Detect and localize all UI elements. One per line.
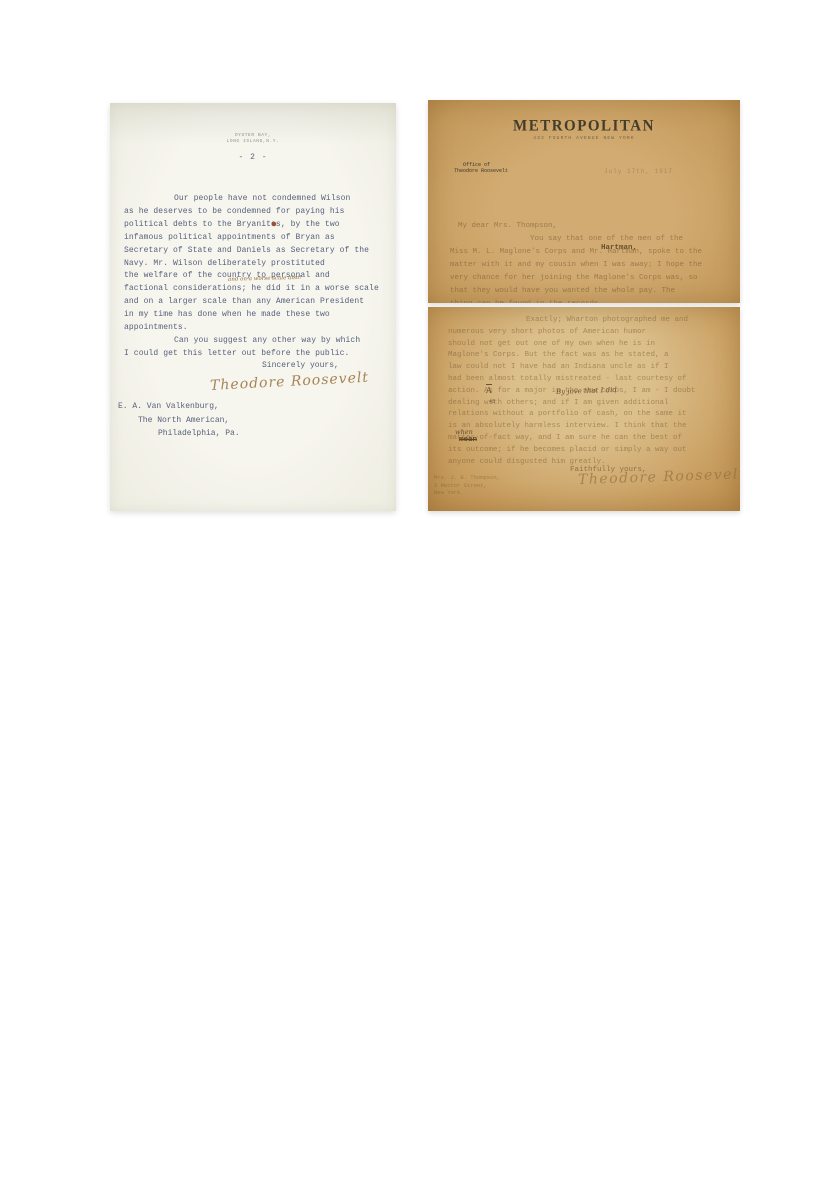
body-line: and on a larger scale than any American … [124,296,384,309]
body-line: Navy. Mr. Wilson deliberately prostitute… [124,258,384,271]
recipient-line: The North American, [118,414,240,428]
body-line: as he deserves to be condemned for payin… [124,206,384,219]
recipient-line: Philadelphia, Pa. [118,427,240,441]
letterhead-line-2: LONG ISLAND,N.Y. [110,139,396,145]
office-of-block: Office of Theodore Roosevelt [454,162,508,174]
faded-line: Miss M. L. Maglone's Corps and Mr. Hartm… [450,246,726,259]
faded-line: should not get out one of my own when he… [448,339,728,351]
body-line: Our people have not condemned Wilson [124,193,384,206]
body-line: Can you suggest any other way by which [124,335,384,348]
faded-line: that they would have you wanted the whol… [450,285,726,298]
faded-line: its outcome; if he becomes placid or sim… [448,445,728,457]
faded-line: Exactly; Wharton photographed me and [448,315,728,327]
caret-word: when [455,428,473,436]
faded-line: My dear Mrs. Thompson, [450,220,726,233]
date-line: July 17th, 1917 [604,168,673,175]
body-line: political debts to the Bryanites, by the… [124,219,384,232]
office-of-line: Theodore Roosevelt [454,168,508,174]
roosevelt-signature: Theodore Roosevelt [210,368,396,394]
faded-line: You say that one of the men of the [450,233,726,246]
red-ink-mark [272,222,276,226]
struck-out-word: mean [459,436,477,444]
faded-line: relations without a portfolio of cash, o… [448,409,728,421]
faded-letter-body: My dear Mrs. Thompson, You say that one … [450,220,726,303]
address-line: 2 Rector Street, [434,482,500,490]
body-line: infamous political appointments of Bryan… [124,232,384,245]
masthead-address: 432 FOURTH AVENUE NEW YORK [428,136,740,141]
recipient-line: E. A. Van Valkenburg, [118,400,240,414]
letters-photo: OYSTER BAY, LONG ISLAND,N.Y. - 2 - Our p… [0,0,819,1197]
faded-line: numerous very short photos of American h… [448,327,728,339]
overline-correction-mark: A [486,384,492,395]
body-line: appointments. [124,322,384,335]
faded-line: thing can be found in the records. [450,298,726,303]
address-line: New York. [434,489,500,497]
closing-line: Sincerely yours, [262,361,339,370]
oyster-bay-letter: OYSTER BAY, LONG ISLAND,N.Y. - 2 - Our p… [110,103,396,511]
page-number: - 2 - [110,153,396,162]
address-line: Mrs. J. B. Thompson, [434,474,500,482]
faded-line: matter-of-fact way, and I am sure he can… [448,433,728,445]
oyster-bay-letterhead: OYSTER BAY, LONG ISLAND,N.Y. [110,133,396,145]
metropolitan-letter-top: METROPOLITAN 432 FOURTH AVENUE NEW YORK … [428,100,740,303]
body-line: Secretary of State and Daniels as Secret… [124,245,384,258]
faded-line: is an absolutely harmless interview. I t… [448,421,728,433]
metropolitan-letter-bottom: Exactly; Wharton photographed me and num… [428,307,740,511]
overstruck-word: Hartman, [601,244,637,252]
numeral-correction-mark: 45 [489,399,495,405]
metropolitan-masthead: METROPOLITAN [428,117,740,135]
body-line: factional considerations; he did it in a… [124,283,384,296]
body-line: I could get this letter out before the p… [124,348,384,361]
recipient-block: E. A. Van Valkenburg, The North American… [118,400,240,441]
faded-line: law could not I have had an Indiana uncl… [448,362,728,374]
faded-line: Maglone's Corps. But the fact was as he … [448,350,728,362]
recipient-address-block: Mrs. J. B. Thompson, 2 Rector Street, Ne… [434,474,500,497]
faded-line: very chance for her joining the Maglone'… [450,272,726,285]
faded-line: matter with it and my cousin when I was … [450,259,726,272]
body-line: in my time has done when he made these t… [124,309,384,322]
